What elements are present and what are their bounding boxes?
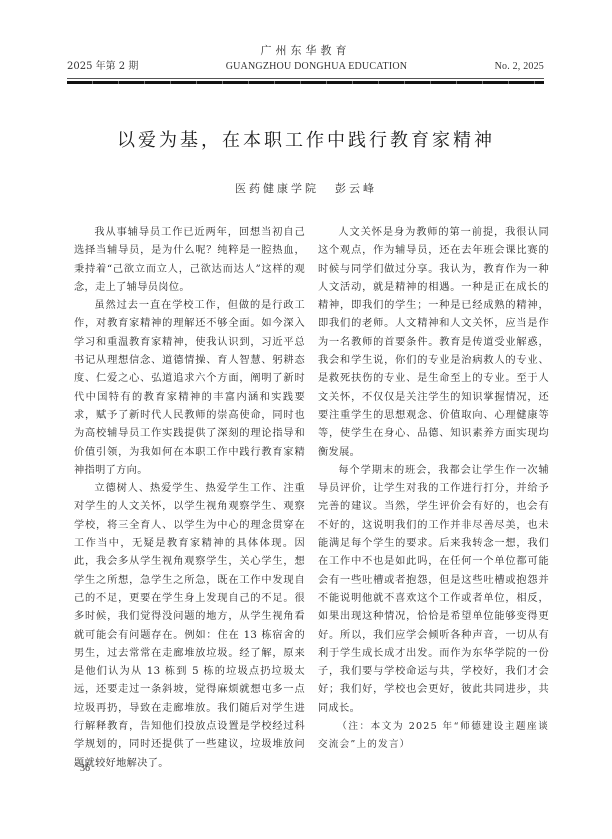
paragraph: 我从事辅导员工作已近两年，回想当初自己选择当辅导员，是为什么呢？纯粹是一腔热血，… xyxy=(74,224,305,297)
author-affiliation: 医药健康学院 xyxy=(235,182,319,195)
journal-name-en: GUANGZHOU DONGHUA EDUCATION xyxy=(226,60,408,73)
byline: 医药健康学院彭云峰 xyxy=(0,180,612,196)
article-note: （注：本文为 2025 年“师德建设主题座谈交流会”上的发言） xyxy=(318,718,549,755)
paragraph: 人文关怀是身为教师的第一前提，我很认同这个观点，作为辅导员，还在去年班会课比赛的… xyxy=(318,224,549,462)
running-header: 广州东华教育 2025 年第 2 期 GUANGZHOU DONGHUA EDU… xyxy=(67,44,544,73)
header-row: 2025 年第 2 期 GUANGZHOU DONGHUA EDUCATION … xyxy=(67,60,544,73)
paragraph: 每个学期末的班会，我都会让学生作一次辅导员评价，让学生对我的工作进行打分，并给予… xyxy=(318,462,549,718)
page-number: 36 xyxy=(80,763,90,774)
issue-cn: 2025 年第 2 期 xyxy=(67,60,138,73)
left-column: 我从事辅导员工作已近两年，回想当初自己选择当辅导员，是为什么呢？纯粹是一腔热血，… xyxy=(74,224,305,773)
article-title: 以爱为基，在本职工作中践行教育家精神 xyxy=(0,126,612,152)
author-name: 彭云峰 xyxy=(335,182,377,195)
header-rule-divider xyxy=(67,78,544,84)
paragraph: 虽然过去一直在学校工作，但做的是行政工作，对教育家精神的理解还不够全面。如今深入… xyxy=(74,297,305,480)
paragraph: 立德树人、热爱学生、热爱学生工作、注重对学生的人文关怀，以学生视角观察学生、观察… xyxy=(74,480,305,773)
journal-name-cn: 广州东华教育 xyxy=(67,44,544,58)
issue-en: No. 2, 2025 xyxy=(495,60,544,73)
right-column: 人文关怀是身为教师的第一前提，我很认同这个观点，作为辅导员，还在去年班会课比赛的… xyxy=(318,224,549,755)
